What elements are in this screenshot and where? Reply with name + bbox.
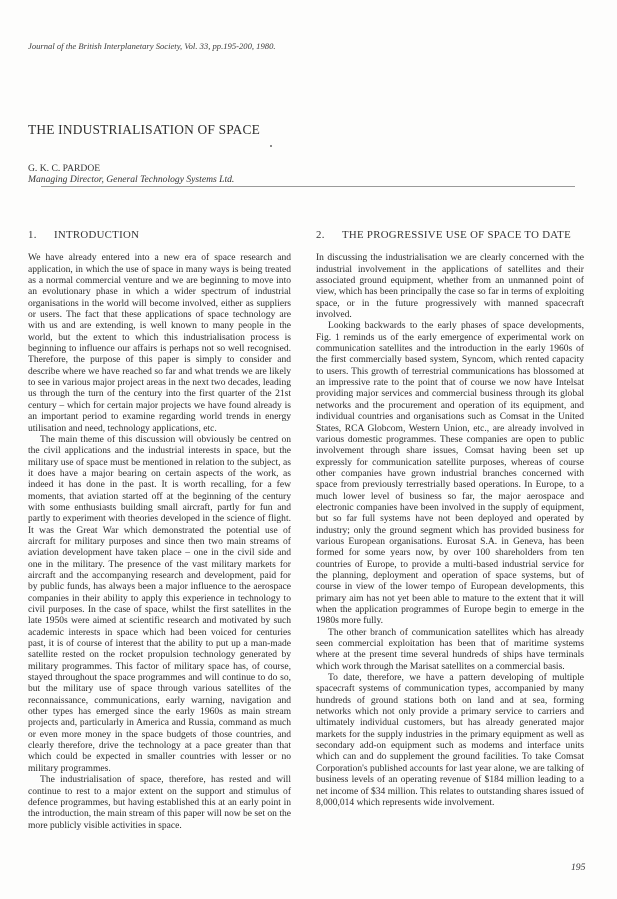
author-affiliation: Managing Director, General Technology Sy… — [28, 174, 234, 185]
header-divider — [41, 186, 575, 187]
page-number: 195 — [571, 862, 585, 873]
author-block: G. K. C. PARDOE Managing Director, Gener… — [28, 163, 234, 185]
section-introduction: 1.INTRODUCTION We have already entered i… — [28, 230, 291, 831]
paragraph: In discussing the industrialisation we a… — [316, 252, 584, 320]
section-heading: 1.INTRODUCTION — [28, 230, 291, 241]
section-title: THE PROGRESSIVE USE OF SPACE TO DATE — [342, 229, 571, 241]
article-title: THE INDUSTRIALISATION OF SPACE — [28, 122, 260, 138]
section-number: 1. — [28, 230, 54, 241]
author-name: G. K. C. PARDOE — [28, 163, 234, 174]
paragraph: The industrialisation of space, therefor… — [28, 774, 291, 831]
section-heading: 2.THE PROGRESSIVE USE OF SPACE TO DATE — [316, 230, 584, 241]
section-number: 2. — [316, 230, 342, 241]
paragraph: The main theme of this discussion will o… — [28, 434, 291, 774]
paragraph: To date, therefore, we have a pattern de… — [316, 672, 584, 808]
paragraph: We have already entered into a new era o… — [28, 252, 291, 434]
section-title: INTRODUCTION — [54, 229, 139, 241]
decorative-dot — [270, 145, 272, 147]
paragraph: The other branch of communication satell… — [316, 627, 584, 672]
journal-citation: Journal of the British Interplanetary So… — [28, 41, 276, 51]
paragraph: Looking backwards to the early phases of… — [316, 320, 584, 626]
section-progressive-use: 2.THE PROGRESSIVE USE OF SPACE TO DATE I… — [316, 230, 584, 808]
